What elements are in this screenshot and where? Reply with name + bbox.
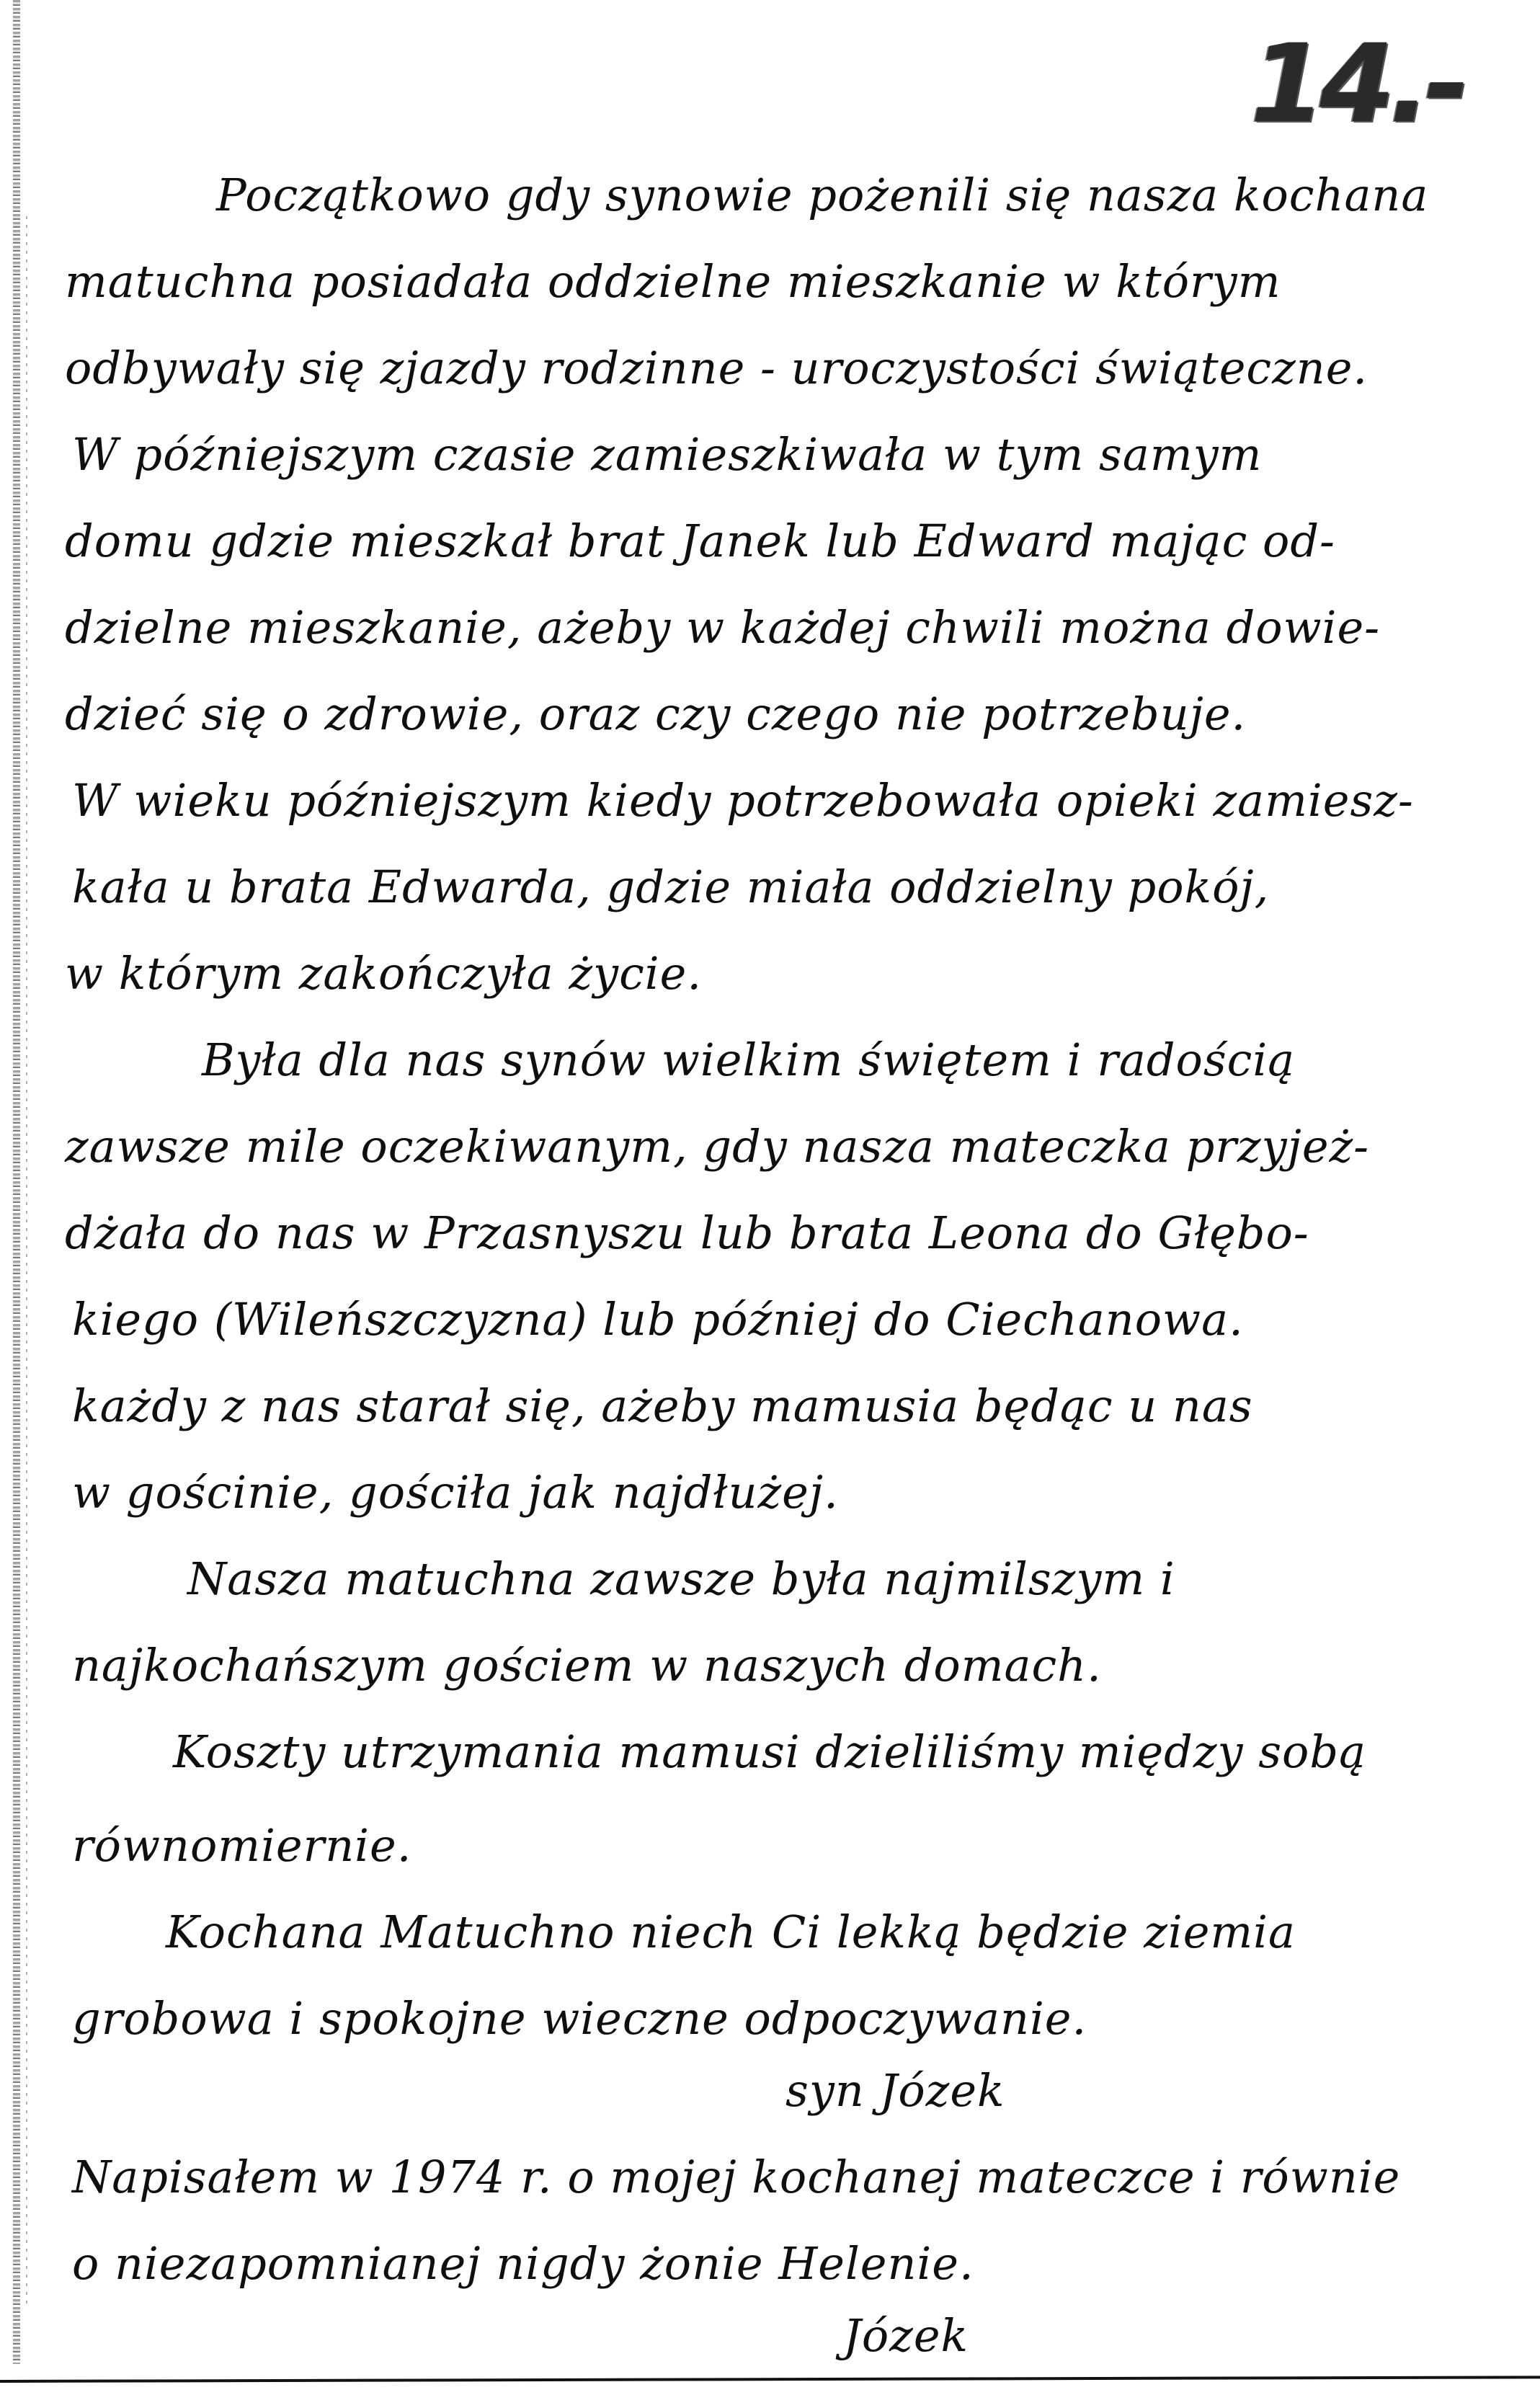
text-line: domu gdzie mieszkał brat Janek lub Edwar… [65,519,1335,564]
text-line: W wieku późniejszym kiedy potrzebowała o… [72,778,1414,823]
text-line: grobowa i spokojne wieczne odpoczywanie. [72,1996,1087,2041]
text-line: Nasza matuchna zawsze była najmilszym i [187,1557,1175,1601]
text-line: dżała do nas w Przasnyszu lub brata Leon… [65,1211,1309,1256]
text-line: matuchna posiadała oddzielne mieszkanie … [65,259,1281,304]
text-line: odbywały się zjazdy rodzinne - uroczysto… [65,346,1368,391]
text-line: dzielne mieszkanie, ażeby w każdej chwil… [65,605,1380,650]
text-line: najkochańszym gościem w naszych domach. [72,1643,1102,1688]
signature: Józek [843,2314,969,2358]
page-number: 14.- [1250,22,1464,147]
text-line: w gościnie, gościła jak najdłużej. [72,1470,839,1515]
text-line: kała u brata Edwarda, gdzie miała oddzie… [72,865,1269,910]
text-line: kiego (Wileńszczyzna) lub później do Cie… [72,1297,1244,1342]
text-line: Początkowo gdy synowie pożenili się nasz… [216,173,1428,218]
text-line: W późniejszym czasie zamieszkiwała w tym… [72,432,1262,477]
text-line: każdy z nas starał się, ażeby mamusia bę… [72,1384,1253,1428]
text-line: zawsze mile oczekiwanym, gdy nasza matec… [65,1124,1369,1169]
page-left-edge-border [13,0,20,2364]
page-bottom-edge [0,2376,1540,2383]
text-line: dzieć się o zdrowie, oraz czy czego nie … [65,692,1246,737]
text-line: Była dla nas synów wielkim świętem i rad… [202,1038,1295,1083]
page-left-edge-shadow [26,216,27,2306]
text-line: w którym zakończyła życie. [65,951,702,996]
text-line: Napisałem w 1974 r. o mojej kochanej mat… [72,2155,1400,2200]
text-line: Kochana Matuchno niech Ci lekką będzie z… [166,1910,1296,1955]
text-line: o niezapomnianej nigdy żonie Helenie. [72,2241,974,2286]
text-line: równomiernie. [72,1823,411,1868]
signature-line: syn Józek [785,2069,1005,2113]
scanned-page: 14.- Początkowo gdy synowie pożenili się… [0,0,1540,2395]
text-line: Koszty utrzymania mamusi dzieliliśmy mię… [173,1730,1366,1774]
